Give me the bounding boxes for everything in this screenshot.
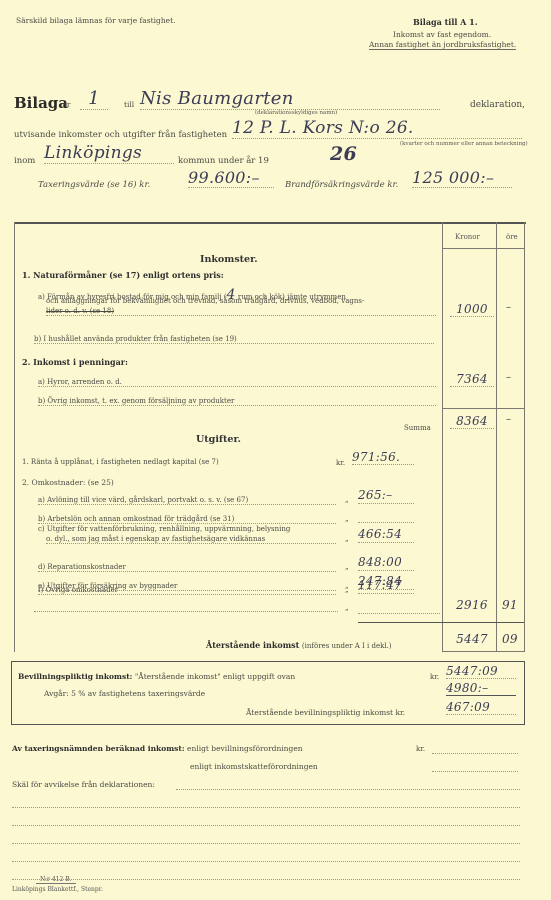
deviation-reason-label: Skäl för avvikelse från deklarationen: [12, 780, 155, 789]
free-housing-text-3: lider o. d. v. (se 18) [46, 307, 114, 315]
other-income-label: b) Övrig inkomst, t. ex. genom försäljni… [38, 397, 436, 406]
income-sum-kronor[interactable]: 8364 [450, 414, 494, 429]
property-designation-field[interactable]: 12 P. L. Kors N:o 26. [232, 118, 522, 139]
ditto-mark: „ [345, 586, 349, 594]
fire-insurance-field[interactable]: 125 000:– [412, 168, 512, 188]
ditto-mark: „ [345, 496, 349, 504]
committee-regulation-2: enligt inkomstskatteförordningen [190, 762, 318, 771]
costs-label: 2. Omkostnader: (se 25) [22, 478, 114, 487]
expense-row-label: b) Arbetslön och annan omkostnad för trä… [38, 515, 336, 524]
year-field[interactable]: 26 [330, 143, 357, 165]
remaining-income-note: (införes under A I i dekl.) [302, 642, 392, 650]
kronor-column-header: Kronor [455, 233, 480, 241]
expenses-heading: Utgifter. [196, 434, 241, 445]
taxable-income-title: Bevillningspliktig inkomst: [18, 672, 132, 681]
inom-label: inom [14, 156, 35, 166]
taxable-income-line: Bevillningspliktig inkomst: "Återstående… [18, 672, 295, 681]
money-income-label: 2. Inkomst i penningar: [22, 357, 128, 367]
deduction-label: Avgår: 5 % av fastighetens taxeringsvärd… [44, 689, 205, 698]
natural-benefits-label: 1. Naturaförmåner (se 17) enligt ortens … [22, 270, 224, 280]
taxable-income-text: "Återstående inkomst" enligt uppgift ova… [135, 672, 295, 681]
expense-row-value[interactable]: 117:47 [358, 578, 414, 594]
expense-row-label: d) Reparationskostnader [38, 563, 336, 572]
expense-row-label: f) Övriga omkostnader [38, 586, 336, 595]
free-housing-line-2: och anläggningar för bekvämlighet och tr… [46, 297, 364, 305]
remaining-taxable-value[interactable]: 467:09 [446, 700, 516, 715]
property-caption: (kvarter och nummer eller annan beteckni… [400, 141, 528, 147]
household-products-label: b) I hushållet använda produkter från fa… [34, 335, 434, 344]
remaining-income-kronor[interactable]: 5447 [450, 632, 494, 646]
column-header-rule [442, 248, 524, 249]
income-heading: Inkomster. [200, 254, 258, 265]
printer-imprint: Linköpings Blankettf., Stenpr. [12, 886, 103, 893]
ore-column-divider [496, 222, 497, 652]
remaining-taxable-label: Återstående bevillningspliktig inkomst k… [246, 708, 405, 717]
table-left-border [14, 222, 15, 652]
deviation-line-5[interactable] [12, 856, 520, 862]
free-housing-kronor[interactable]: 1000 [450, 302, 494, 317]
amount-column-divider [442, 222, 443, 652]
interest-kr-label: kr. [336, 459, 345, 467]
money-income-text: 2. Inkomst i penningar: [22, 357, 128, 367]
expense-total-rule [358, 622, 524, 623]
deviation-line-4[interactable] [12, 838, 520, 844]
expense-row-value[interactable]: 848:00 [358, 555, 414, 571]
assessed-value-label: Taxeringsvärde (se 16) kr. [38, 180, 150, 190]
form-number: N:r 412 B. [36, 876, 76, 884]
income-sum-rule [442, 408, 524, 409]
municipality-label: kommun under år 19 [178, 156, 269, 166]
natural-benefits-text: 1. Naturaförmåner (se 17) enligt ortens … [22, 270, 224, 280]
appendix-title: Bilaga till A 1. [413, 17, 478, 27]
rents-kronor[interactable]: 7364 [450, 372, 494, 387]
committee-kr-label: kr. [416, 745, 425, 753]
bilaga-label: Bilaga [14, 94, 68, 112]
appendix-number-field[interactable]: 1 [80, 88, 108, 110]
taxable-kr-label: kr. [430, 673, 439, 681]
income-sum-label: Summa [404, 424, 431, 432]
committee-title: Av taxeringsnämnden beräknad inkomst: [12, 744, 185, 753]
deviation-line-2[interactable] [12, 802, 520, 808]
utvisande-label: utvisande inkomster och utgifter från fa… [14, 130, 227, 140]
interest-value[interactable]: 971:56. [352, 450, 414, 465]
deduction-value[interactable]: 4980:– [446, 681, 516, 696]
table-top-border [14, 222, 526, 224]
expense-row-label: c) Utgifter för vattenförbrukning, renhå… [38, 525, 290, 533]
interest-label: 1. Ränta å upplånat, i fastigheten nedla… [22, 458, 219, 466]
rents-label: a) Hyror, arrenden o. d. [38, 378, 436, 387]
ore-column-header: öre [506, 233, 518, 241]
municipality-field[interactable]: Linköpings [44, 143, 174, 164]
blank-expense-line [34, 605, 338, 612]
nr-label: nr [62, 100, 70, 109]
expense-row-label: o. dyl., som jag måst i egenskap av fast… [46, 535, 336, 544]
table-right-border [524, 222, 525, 652]
declarant-name-field[interactable]: Nis Baumgarten [140, 88, 440, 110]
deklaration-label: deklaration, [470, 100, 525, 110]
committee-line-1: Av taxeringsnämnden beräknad inkomst: en… [12, 744, 303, 753]
declarant-name-caption: (deklarationsskyldiges namn) [255, 110, 337, 116]
ditto-mark: „ [345, 535, 349, 543]
till-label: till [124, 100, 134, 109]
remaining-income-text: Återstående inkomst [206, 640, 299, 650]
expense-total-kronor[interactable]: 2916 [450, 598, 494, 612]
expense-row-label: a) Avlöning till vice värd, gårdskarl, p… [38, 496, 336, 505]
ditto-mark: „ [345, 515, 349, 523]
blank-expense-field[interactable] [358, 612, 440, 614]
committee-value-1-field[interactable] [432, 748, 518, 754]
remaining-income-ore[interactable]: 09 [502, 632, 518, 646]
deviation-line-3[interactable] [12, 820, 520, 826]
income-sum-ore[interactable]: – [506, 414, 511, 425]
remaining-income-label: Återstående inkomst (införes under A I i… [206, 640, 392, 650]
rents-ore[interactable]: – [506, 372, 511, 383]
deviation-line-6[interactable] [12, 874, 520, 880]
assessed-value-field[interactable]: 99.600:– [188, 168, 274, 188]
free-housing-ore[interactable]: – [506, 302, 511, 313]
blank-expense-ditto: „ [345, 604, 349, 612]
committee-regulation-1: enligt bevillningsförordningen [187, 744, 303, 753]
remaining-income-rule [442, 651, 524, 652]
appendix-subtitle-2: Annan fastighet än jordbruksfastighet. [369, 40, 516, 50]
expense-row-value[interactable] [358, 507, 414, 523]
ditto-mark: „ [345, 563, 349, 571]
expense-row-value[interactable]: 466:54 [358, 527, 414, 543]
expense-total-ore[interactable]: 91 [502, 598, 518, 612]
committee-value-2-field[interactable] [432, 766, 518, 772]
fire-insurance-label: Brandförsäkringsvärde kr. [285, 180, 398, 190]
separate-appendix-note: Särskild bilaga lämnas för varje fastigh… [16, 16, 176, 25]
expense-row-value[interactable]: 265:– [358, 488, 414, 504]
free-housing-line-3: lider o. d. v. (se 18) [46, 307, 436, 316]
deviation-line-1[interactable] [176, 784, 520, 790]
appendix-subtitle-1: Inkomst av fast egendom. [393, 30, 491, 39]
taxable-income-value[interactable]: 5447:09 [446, 664, 516, 679]
